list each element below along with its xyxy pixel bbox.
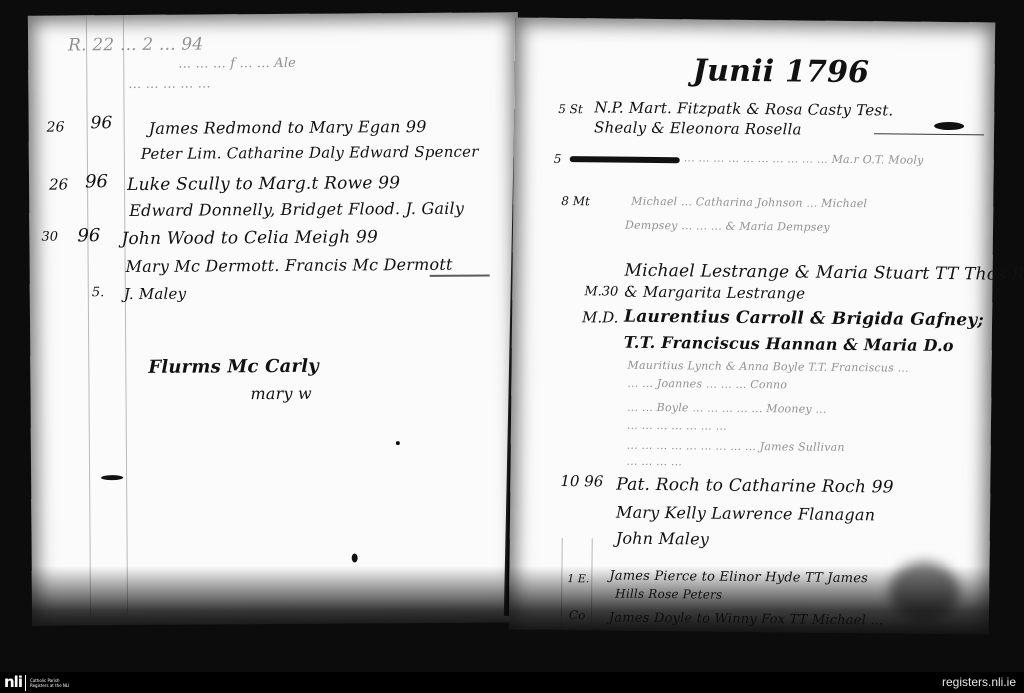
- entry-line-faint: ... ... Boyle ... ... ... ... ... Mooney…: [627, 401, 827, 416]
- entry-margin: M.D.: [582, 308, 619, 326]
- entry-line: John Maley: [616, 529, 709, 549]
- entry-line: & Margarita Lestrange: [624, 283, 805, 303]
- entry-margin: 8 Mt: [561, 194, 590, 208]
- entry-margin: M.30: [584, 284, 618, 299]
- entry-line-faint: Dempsey ... ... ... & Maria Dempsey: [625, 219, 830, 234]
- entry-line-faint: ... ... ... ... ... ... ...: [627, 419, 727, 433]
- entry-line-faint: ... ... ... ... ... ... ... ... ... Jame…: [627, 439, 845, 454]
- entry-line: Shealy & Eleonora Rosella: [594, 118, 802, 138]
- entry-line: Mary Mc Dermott. Francis Mc Dermott: [126, 255, 453, 276]
- entry-line: Luke Scully to Marg.t Rowe 99: [127, 173, 400, 195]
- entry-line: Laurentius Carroll & Brigida Gafney;: [624, 307, 984, 331]
- margin-rule: [86, 15, 91, 615]
- entry-line: Edward Donnelly, Bridget Flood. J. Gaily: [129, 199, 464, 220]
- page-header-faint: R. 22 ... 2 ... 94: [68, 34, 203, 55]
- right-page: Junii 1796 5 St N.P. Mart. Fitzpatk & Ro…: [509, 18, 995, 635]
- entry-number: 96: [91, 113, 113, 133]
- entry-line-faint: ... ... Joannes ... ... ... Conno: [627, 377, 787, 392]
- entry-margin: 10 96: [560, 472, 603, 490]
- month-heading: Junii 1796: [692, 53, 869, 90]
- page-header-faint: ... ... ... ... ...: [128, 76, 210, 92]
- ink-mark: [352, 553, 358, 562]
- nli-logo-mark: nli: [4, 674, 22, 691]
- entry-line: Pat. Roch to Catharine Roch 99: [616, 475, 894, 498]
- signature-line: mary w: [250, 384, 312, 403]
- entry-line: Michael Lestrange & Maria Stuart TT Thos…: [624, 261, 1024, 286]
- left-page: R. 22 ... 2 ... 94 ... ... ... f ... ...…: [28, 12, 522, 625]
- scan-shadow: [14, 566, 1024, 672]
- entry-line: James Redmond to Mary Egan 99: [149, 117, 427, 138]
- entry-margin: 5 St: [558, 102, 583, 116]
- entry-line-faint: ... ... ... ...: [627, 455, 683, 469]
- entry-line-faint: ... ... ... ... ... ... ... ... ... ... …: [684, 151, 924, 167]
- footer-bar: nli Catholic Parish Registers at the NLI…: [0, 672, 1024, 693]
- entry-line: Mary Kelly Lawrence Flanagan: [616, 503, 875, 525]
- entry-line-faint: Michael ... Catharina Johnson ... Michae…: [631, 195, 867, 210]
- entry-margin: 5: [554, 152, 562, 166]
- margin-rule: [123, 15, 128, 615]
- ink-stroke: [874, 133, 984, 135]
- margin-mark: 5.: [92, 285, 105, 300]
- entry-number: 96: [85, 171, 108, 192]
- entry-day: 30: [41, 230, 58, 245]
- entry-day: 26: [47, 119, 65, 135]
- nli-logo[interactable]: nli Catholic Parish Registers at the NLI: [4, 674, 70, 691]
- site-link[interactable]: registers.nli.ie: [942, 675, 1016, 689]
- entry-line: N.P. Mart. Fitzpatk & Rosa Casty Test.: [594, 98, 893, 119]
- ink-stroke: [430, 275, 490, 277]
- entry-line: Peter Lim. Catharine Daly Edward Spencer: [141, 143, 479, 163]
- logo-text: Catholic Parish Registers at the NLI: [30, 678, 70, 688]
- ink-blot: [934, 122, 964, 130]
- register-image-viewer[interactable]: R. 22 ... 2 ... 94 ... ... ... f ... ...…: [0, 0, 1024, 672]
- signature-line: Flurms Mc Carly: [148, 356, 319, 378]
- logo-divider: [25, 675, 26, 691]
- entry-line-faint: Mauritius Lynch & Anna Boyle T.T. Franci…: [628, 359, 909, 375]
- register-scan: R. 22 ... 2 ... 94 ... ... ... f ... ...…: [14, 6, 1014, 642]
- entry-day: 26: [49, 175, 68, 193]
- entry-line: J. Maley: [124, 285, 187, 303]
- ink-mark: [396, 441, 400, 445]
- ink-smudge: [570, 156, 680, 163]
- entry-number: 96: [77, 225, 100, 246]
- entry-line: John Wood to Celia Meigh 99: [121, 227, 378, 249]
- page-header-faint: ... ... ... f ... ... Ale: [178, 56, 296, 72]
- entry-line: T.T. Franciscus Hannan & Maria D.o: [624, 333, 954, 355]
- ink-mark: [101, 475, 123, 480]
